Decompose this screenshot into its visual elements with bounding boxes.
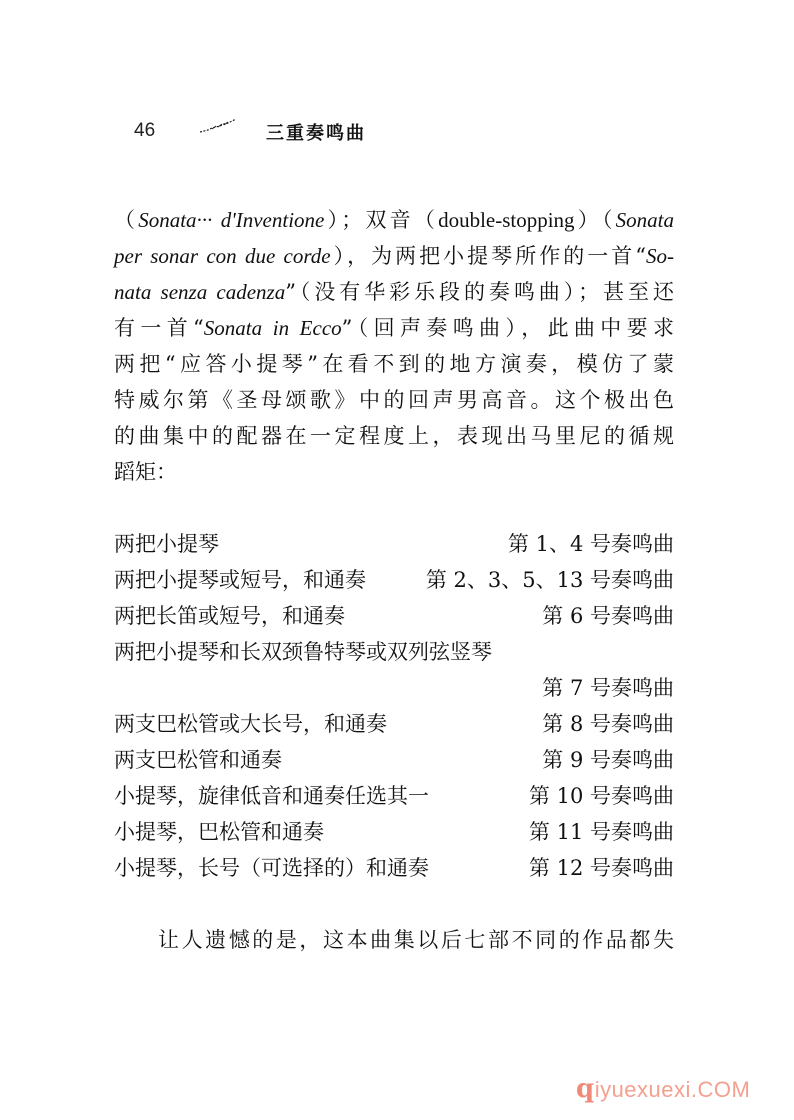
paragraph-line: 特威尔第《圣母颂歌》中的回声男高音。这个极出色 bbox=[114, 382, 674, 418]
instrumentation: 小提琴，巴松管和通奏 bbox=[114, 814, 324, 850]
text-run: Sonata bbox=[616, 208, 674, 232]
text-run: per sonar con due corde bbox=[114, 244, 331, 268]
watermark-logo-q: q bbox=[576, 1074, 595, 1104]
paragraph-line: 两把“应答小提琴”在看不到的地方演奏，模仿了蒙 bbox=[114, 346, 674, 382]
scoring-row: 两支巴松管或大长号，和通奏 第 8 号奏鸣曲 bbox=[114, 706, 674, 742]
text-run: ），为两把小提琴所作的一首“ bbox=[331, 244, 646, 268]
scoring-row: 两把长笛或短号，和通奏 第 6 号奏鸣曲 bbox=[114, 598, 674, 634]
instrumentation: 两把小提琴 bbox=[114, 526, 219, 562]
instrumentation: 两支巴松管或大长号，和通奏 bbox=[114, 706, 387, 742]
ornament-flourish-icon bbox=[198, 118, 238, 134]
sonata-numbers: 第 8 号奏鸣曲 bbox=[542, 706, 674, 742]
instrumentation: 两支巴松管和通奏 bbox=[114, 742, 282, 778]
page-number: 46 bbox=[134, 120, 155, 142]
scoring-row: 两把小提琴和长双颈鲁特琴或双列弦竖琴 bbox=[114, 634, 674, 670]
sonata-numbers: 第 2、3、5、13 号奏鸣曲 bbox=[426, 562, 674, 598]
paragraph-line: 让人遗憾的是，这本曲集以后七部不同的作品都失 bbox=[114, 922, 674, 958]
sonata-numbers: 第 12 号奏鸣曲 bbox=[529, 850, 674, 886]
sonata-numbers: 第 10 号奏鸣曲 bbox=[529, 778, 674, 814]
paragraph-2: 让人遗憾的是，这本曲集以后七部不同的作品都失 bbox=[114, 922, 674, 958]
scoring-row: 小提琴，巴松管和通奏 第 11 号奏鸣曲 bbox=[114, 814, 674, 850]
text-run: Sonata in Ecco bbox=[204, 316, 342, 340]
instrumentation: 小提琴，长号（可选择的）和通奏 bbox=[114, 850, 429, 886]
paragraph-line: nata senza cadenza”（没有华彩乐段的奏鸣曲）；甚至还 bbox=[114, 274, 674, 310]
sonata-numbers: 第 9 号奏鸣曲 bbox=[542, 742, 674, 778]
instrumentation: 两把小提琴或短号，和通奏 bbox=[114, 562, 366, 598]
paragraph-line: per sonar con due corde），为两把小提琴所作的一首“So- bbox=[114, 238, 674, 274]
paragraph-line: 蹈矩： bbox=[114, 454, 674, 490]
sonata-numbers: 第 7 号奏鸣曲 bbox=[542, 670, 674, 706]
instrumentation: 两把小提琴和长双颈鲁特琴或双列弦竖琴 bbox=[114, 634, 492, 670]
paragraph-line: 有一首“Sonata in Ecco”（回声奏鸣曲），此曲中要求 bbox=[114, 310, 674, 346]
text-run: So- bbox=[646, 244, 674, 268]
text-run: ”（没有华彩乐段的奏鸣曲）；甚至还 bbox=[285, 280, 674, 304]
sonata-numbers: 第 11 号奏鸣曲 bbox=[529, 814, 674, 850]
text-run: Sonata··· d'Inventione bbox=[138, 208, 324, 232]
text-run: 特威尔第《圣母颂歌》中的回声男高音。这个极出色 bbox=[114, 388, 674, 412]
text-run: ）（ bbox=[575, 208, 616, 232]
text-run: ）；双音（ bbox=[324, 208, 438, 232]
text-run: ”（回声奏鸣曲），此曲中要求 bbox=[342, 316, 674, 340]
sonata-numbers: 第 6 号奏鸣曲 bbox=[542, 598, 674, 634]
scoring-row: 两支巴松管和通奏 第 9 号奏鸣曲 bbox=[114, 742, 674, 778]
text-run: 有一首“ bbox=[114, 316, 204, 340]
scoring-row-continued: 第 7 号奏鸣曲 bbox=[114, 670, 674, 706]
text-run: 两把“应答小提琴”在看不到的地方演奏，模仿了蒙 bbox=[114, 352, 674, 376]
scoring-row: 小提琴，旋律低音和通奏任选其一 第 10 号奏鸣曲 bbox=[114, 778, 674, 814]
paragraph-line: 的曲集中的配器在一定程度上，表现出马里尼的循规 bbox=[114, 418, 674, 454]
text-run: nata senza cadenza bbox=[114, 280, 285, 304]
watermark-text: iyuexuexi.COM bbox=[595, 1077, 751, 1102]
watermark: qiyuexuexi.COM bbox=[576, 1074, 750, 1104]
paragraph-1: （Sonata··· d'Inventione）；双音（double-stopp… bbox=[114, 202, 674, 490]
paragraph-line: （Sonata··· d'Inventione）；双音（double-stopp… bbox=[114, 202, 674, 238]
text-run: 的曲集中的配器在一定程度上，表现出马里尼的循规 bbox=[114, 424, 674, 448]
scoring-row: 两把小提琴 第 1、4 号奏鸣曲 bbox=[114, 526, 674, 562]
text-run: （ bbox=[114, 208, 138, 232]
page-header: 46 三重奏鸣曲 bbox=[134, 118, 434, 148]
scoring-row: 两把小提琴或短号，和通奏 第 2、3、5、13 号奏鸣曲 bbox=[114, 562, 674, 598]
sonata-numbers: 第 1、4 号奏鸣曲 bbox=[508, 526, 674, 562]
text-run: double-stopping bbox=[438, 208, 575, 232]
running-title: 三重奏鸣曲 bbox=[266, 119, 366, 145]
scoring-list: 两把小提琴 第 1、4 号奏鸣曲 两把小提琴或短号，和通奏 第 2、3、5、13… bbox=[114, 526, 674, 886]
instrumentation: 两把长笛或短号，和通奏 bbox=[114, 598, 345, 634]
text-run: 蹈矩： bbox=[114, 460, 177, 484]
scoring-row: 小提琴，长号（可选择的）和通奏 第 12 号奏鸣曲 bbox=[114, 850, 674, 886]
instrumentation: 小提琴，旋律低音和通奏任选其一 bbox=[114, 778, 429, 814]
